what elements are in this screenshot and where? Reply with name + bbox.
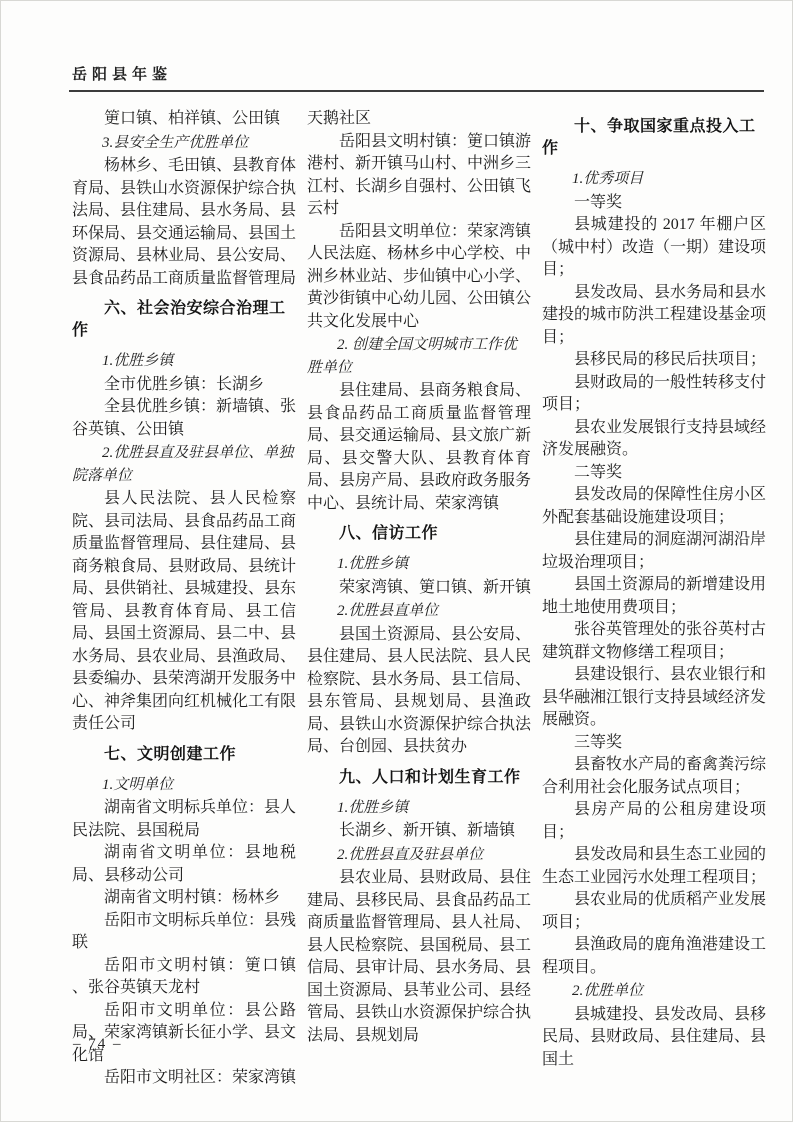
paragraph-continuation: 天鹅社区 [307, 108, 531, 131]
paragraph: 县农业局、县财政局、县住建局、县移民局、县食品药品工商质量监督管理局、县人社局、… [307, 867, 531, 1047]
paragraph: 县国土资源局的新增建设用地土地使用费项目； [542, 574, 766, 619]
paragraph: 二等奖 [542, 462, 766, 485]
paragraph: 县城建投的 2017 年棚户区（城中村）改造（一期）建设项目； [542, 214, 766, 282]
text-columns: 筻口镇、柏祥镇、公田镇3.县安全生产优胜单位杨林乡、毛田镇、县教育体育局、县铁山… [72, 108, 766, 1008]
paragraph: 县人民法院、县人民检察院、县司法局、县食品药品工商质量监督管理局、县住建局、县商… [72, 488, 296, 736]
subsection-label: 2.优胜县直及驻县单位、单独院落单位 [72, 442, 296, 487]
paragraph: 县住建局、县商务粮食局、县食品药品工商质量监督管理局、县交通运输局、县文旅广新局… [307, 380, 531, 515]
subsection-label: 1.优胜乡镇 [307, 553, 531, 576]
paragraph: 湖南省文明单位：县地税局、县移动公司 [72, 842, 296, 887]
subsection-label: 3.县安全生产优胜单位 [72, 132, 296, 155]
paragraph: 岳阳县文明村镇：筻口镇游港村、新开镇马山村、中洲乡三江村、长湖乡自强村、公田镇飞… [307, 131, 531, 221]
paragraph: 杨林乡、毛田镇、县教育体育局、县铁山水资源保护综合执法局、县住建局、县水务局、县… [72, 155, 296, 290]
subsection-label: 1.优胜乡镇 [307, 797, 531, 820]
yearbook-page: 岳阳县年鉴 筻口镇、柏祥镇、公田镇3.县安全生产优胜单位杨林乡、毛田镇、县教育体… [0, 0, 793, 1122]
paragraph: 县财政局的一般性转移支付项目； [542, 372, 766, 417]
paragraph: 县渔政局的鹿角渔港建设工程项目。 [542, 934, 766, 979]
section-heading: 八、信访工作 [307, 523, 531, 545]
paragraph: 岳阳市文明社区：荣家湾镇 [72, 1067, 296, 1090]
paragraph: 县畜牧水产局的畜禽粪污综合利用社会化服务试点项目； [542, 754, 766, 799]
paragraph: 县住建局的洞庭湖河湖沿岸垃圾治理项目； [542, 529, 766, 574]
paragraph: 县发改局的保障性住房小区外配套基础设施建设项目； [542, 484, 766, 529]
subsection-label: 2.优胜县直单位 [307, 600, 531, 623]
section-heading: 七、文明创建工作 [72, 744, 296, 766]
page-header: 岳阳县年鉴 [72, 63, 763, 87]
paragraph: 湖南省文明标兵单位：县人民法院、县国税局 [72, 797, 296, 842]
paragraph: 张谷英管理处的张谷英村古建筑群文物修缮工程项目； [542, 619, 766, 664]
paragraph: 岳阳县文明单位：荣家湾镇人民法庭、杨林乡中心学校、中洲乡林业站、步仙镇中心小学、… [307, 221, 531, 334]
subsection-label: 2.优胜县直及驻县单位 [307, 844, 531, 867]
paragraph: 湖南省文明村镇：杨林乡 [72, 887, 296, 910]
column-3: 十、争取国家重点投入工作1.优秀项目一等奖县城建投的 2017 年棚户区（城中村… [542, 108, 766, 1008]
paragraph: 荣家湾镇、筻口镇、新开镇 [307, 577, 531, 600]
paragraph: 全县优胜乡镇：新墙镇、张谷英镇、公田镇 [72, 396, 296, 441]
paragraph: 县发改局、县水务局和县水建投的城市防洪工程建设基金项目； [542, 282, 766, 350]
subsection-label: 2.优胜单位 [542, 980, 766, 1003]
column-1: 筻口镇、柏祥镇、公田镇3.县安全生产优胜单位杨林乡、毛田镇、县教育体育局、县铁山… [72, 108, 296, 1008]
paragraph: 岳阳市文明村镇：筻口镇 、张谷英镇天龙村 [72, 955, 296, 1000]
paragraph: 一等奖 [542, 192, 766, 215]
paragraph: 县农业局的优质稻产业发展项目； [542, 889, 766, 934]
section-heading: 十、争取国家重点投入工作 [542, 116, 766, 160]
paragraph: 县房产局的公租房建设项目； [542, 799, 766, 844]
paragraph: 县发改局和县生态工业园的生态工业园污水处理工程项目； [542, 844, 766, 889]
paragraph: 县国土资源局、县公安局、县住建局、县人民法院、县人民检察院、县水务局、县工信局、… [307, 624, 531, 759]
paragraph: 岳阳市文明标兵单位：县残联 [72, 910, 296, 955]
header-rule [69, 90, 764, 92]
subsection-label: 1.文明单位 [72, 774, 296, 797]
paragraph: 长湖乡、新开镇、新墙镇 [307, 820, 531, 843]
paragraph: 全市优胜乡镇：长湖乡 [72, 374, 296, 397]
section-heading: 六、社会治安综合治理工作 [72, 298, 296, 342]
subsection-label: 2. 创建全国文明城市工作优胜单位 [307, 334, 531, 379]
section-heading: 九、人口和计划生育工作 [307, 767, 531, 789]
page-number: – 74 – [73, 1036, 123, 1053]
subsection-label: 1.优秀项目 [542, 168, 766, 191]
subsection-label: 1.优胜乡镇 [72, 350, 296, 373]
column-2: 天鹅社区岳阳县文明村镇：筻口镇游港村、新开镇马山村、中洲乡三江村、长湖乡自强村、… [307, 108, 531, 1008]
paragraph: 县农业发展银行支持县域经济发展融资。 [542, 417, 766, 462]
paragraph: 县城建投、县发改局、县移民局、县财政局、县住建局、县国土 [542, 1004, 766, 1072]
paragraph: 岳阳市文明单位：县公路局、荣家湾镇新长征小学、县文化馆 [72, 1000, 296, 1068]
paragraph: 县建设银行、县农业银行和县华融湘江银行支持县域经济发展融资。 [542, 664, 766, 732]
paragraph: 三等奖 [542, 732, 766, 755]
paragraph: 筻口镇、柏祥镇、公田镇 [72, 108, 296, 131]
page-header-title: 岳阳县年鉴 [72, 66, 172, 83]
paragraph: 县移民局的移民后扶项目； [542, 349, 766, 372]
